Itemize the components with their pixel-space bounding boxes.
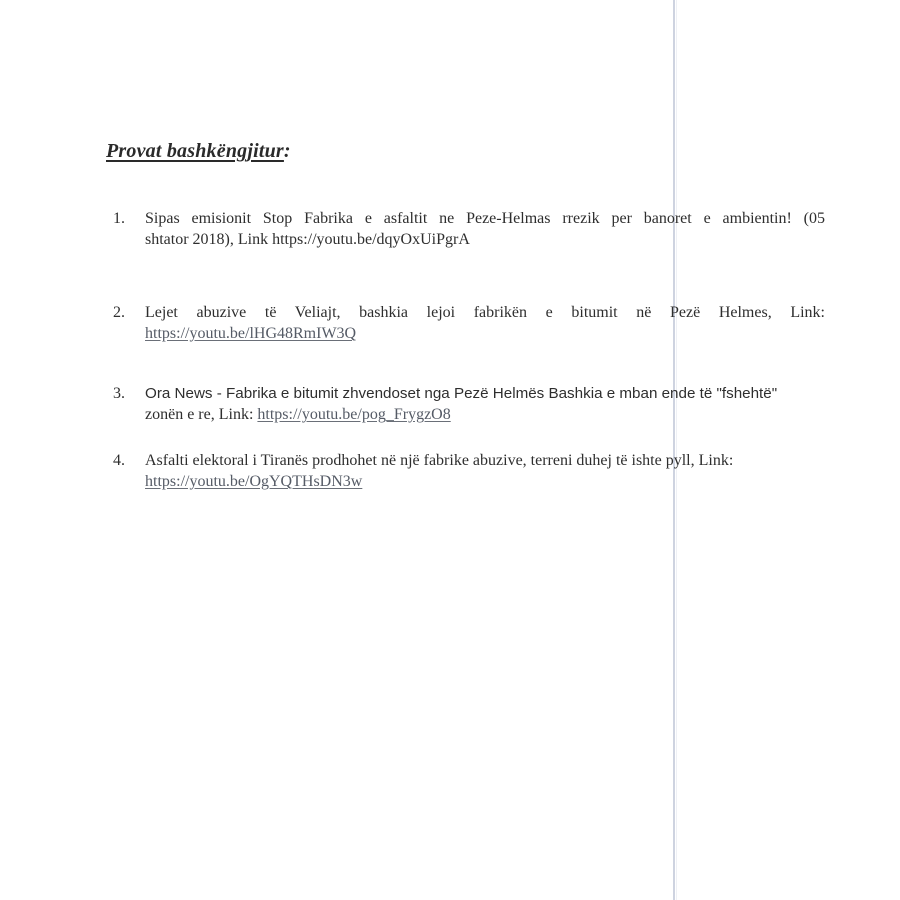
list-item-line-2: shtator 2018), Link https://youtu.be/dqy… bbox=[145, 229, 825, 250]
list-item-number: 4. bbox=[113, 450, 141, 471]
list-item-line-1: Asfalti elektoral i Tiranës prodhohet në… bbox=[145, 450, 825, 471]
list-item: 3. Ora News - Fabrika e bitumit zhvendos… bbox=[113, 383, 825, 425]
list-item-text: Asfalti elektoral i Tiranës prodhohet në… bbox=[145, 450, 825, 492]
list-item: 2. Lejet abuzive të Veliajt, bashkia lej… bbox=[113, 302, 825, 344]
list-item-number: 2. bbox=[113, 302, 141, 323]
youtube-link[interactable]: https://youtu.be/pog_FrygzO8 bbox=[257, 406, 450, 423]
scanned-document-page: Provat bashkëngjitur: 1. Sipas emisionit… bbox=[0, 0, 900, 900]
list-item: 1. Sipas emisionit Stop Fabrika e asfalt… bbox=[113, 208, 825, 250]
list-item: 4. Asfalti elektoral i Tiranës prodhohet… bbox=[113, 450, 825, 492]
heading-colon: : bbox=[284, 140, 291, 163]
heading-text: Provat bashkëngjitur bbox=[106, 140, 284, 162]
youtube-link[interactable]: https://youtu.be/OgYQTHsDN3w bbox=[145, 473, 362, 490]
list-item-text: Lejet abuzive të Veliajt, bashkia lejoi … bbox=[145, 302, 825, 344]
list-item-line-1: Lejet abuzive të Veliajt, bashkia lejoi … bbox=[145, 302, 825, 323]
list-item-line-2: zonën e re, Link: bbox=[145, 406, 257, 423]
youtube-link[interactable]: https://youtu.be/lHG48RmIW3Q bbox=[145, 325, 356, 342]
list-item-text: Ora News - Fabrika e bitumit zhvendoset … bbox=[145, 383, 825, 425]
list-item-text: Sipas emisionit Stop Fabrika e asfaltit … bbox=[145, 208, 825, 250]
section-heading: Provat bashkëngjitur: bbox=[106, 140, 291, 163]
list-item-line-1: Sipas emisionit Stop Fabrika e asfaltit … bbox=[145, 208, 825, 229]
list-item-number: 1. bbox=[113, 208, 141, 229]
list-item-line-1: Ora News - Fabrika e bitumit zhvendoset … bbox=[145, 383, 825, 404]
list-item-number: 3. bbox=[113, 383, 141, 404]
